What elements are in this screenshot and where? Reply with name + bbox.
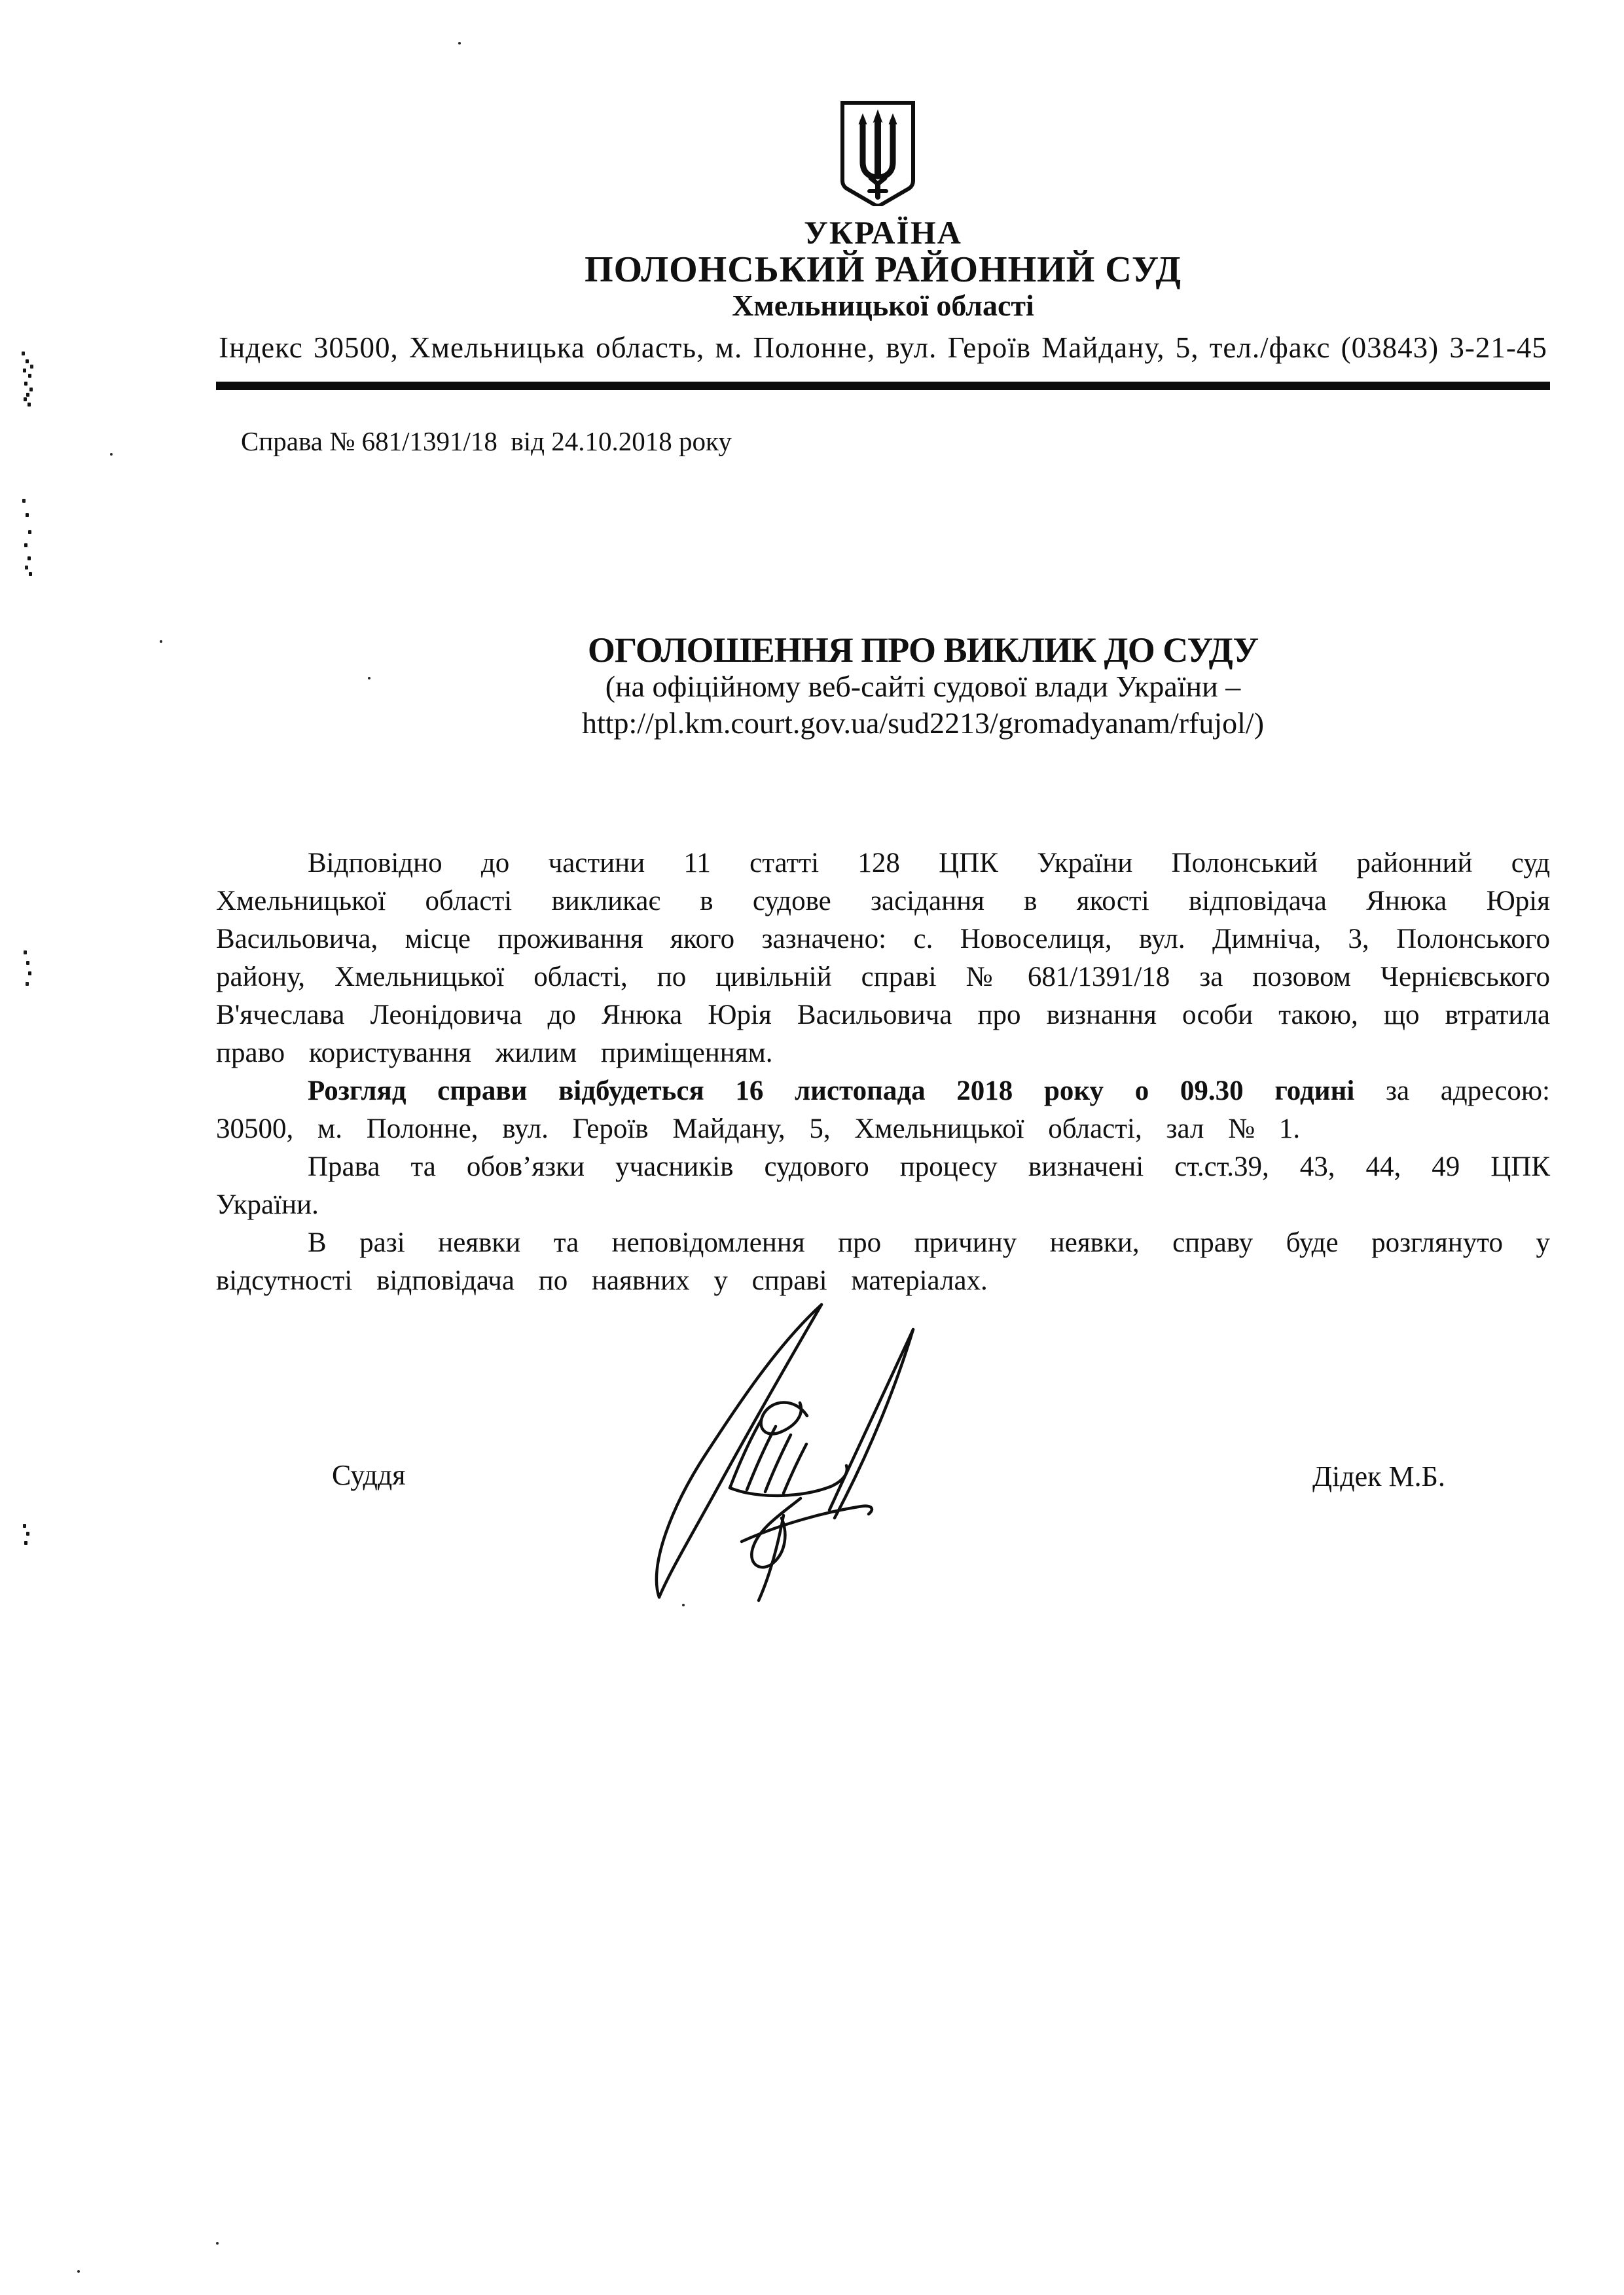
case-number-line: Справа № 681/1391/18 від 24.10.2018 року xyxy=(241,425,732,457)
scan-artifact-dot xyxy=(160,640,162,643)
scan-artifact-speckles xyxy=(22,352,25,355)
country-name: УКРАЇНА xyxy=(216,213,1550,251)
scan-artifact-dot xyxy=(216,2242,219,2245)
body-paragraph-hearing: Розгляд справи відбудеться 16 листопада … xyxy=(216,1072,1550,1148)
court-name: ПОЛОНСЬКИЙ РАЙОННИЙ СУД xyxy=(216,249,1550,291)
judge-signature-icon xyxy=(632,1299,923,1607)
scan-artifact-dot xyxy=(110,453,113,456)
announcement-subtitle: (на офіційному веб-сайті судової влади У… xyxy=(223,669,1623,704)
court-region: Хмельницької області xyxy=(216,288,1550,323)
scan-artifact-dot xyxy=(682,1604,685,1606)
body-paragraph-rights: Права та обов’язки учасників судового пр… xyxy=(216,1148,1550,1224)
scan-artifact-dot xyxy=(77,2270,80,2273)
body-paragraph-absence: В разі неявки та неповідомлення про прич… xyxy=(216,1224,1550,1300)
scan-artifact-speckles xyxy=(24,950,27,954)
header-divider-rule xyxy=(216,382,1550,390)
scan-artifact-speckles xyxy=(23,1524,26,1528)
court-address-line: Індекс 30500, Хмельницька область, м. По… xyxy=(216,331,1550,365)
announcement-title: ОГОЛОШЕННЯ ПРО ВИКЛИК ДО СУДУ xyxy=(223,630,1623,670)
hearing-datetime-bold: Розгляд справи відбудеться 16 листопада … xyxy=(308,1075,1354,1106)
judge-name: Дідек М.Б. xyxy=(1312,1460,1445,1493)
ukraine-trident-emblem xyxy=(837,99,919,206)
scan-artifact-speckles xyxy=(22,499,26,503)
scan-artifact-dot xyxy=(458,42,461,45)
announcement-url: http://pl.km.court.gov.ua/sud2213/gromad… xyxy=(223,706,1623,740)
judge-role-label: Суддя xyxy=(332,1458,406,1492)
document-body: Відповідно до частини 11 статті 128 ЦПК … xyxy=(216,844,1550,1300)
scan-artifact-dot xyxy=(368,677,370,679)
body-paragraph-summons: Відповідно до частини 11 статті 128 ЦПК … xyxy=(216,844,1550,1072)
court-document-page: УКРАЇНА ПОЛОНСЬКИЙ РАЙОННИЙ СУД Хмельниц… xyxy=(0,0,1624,2295)
